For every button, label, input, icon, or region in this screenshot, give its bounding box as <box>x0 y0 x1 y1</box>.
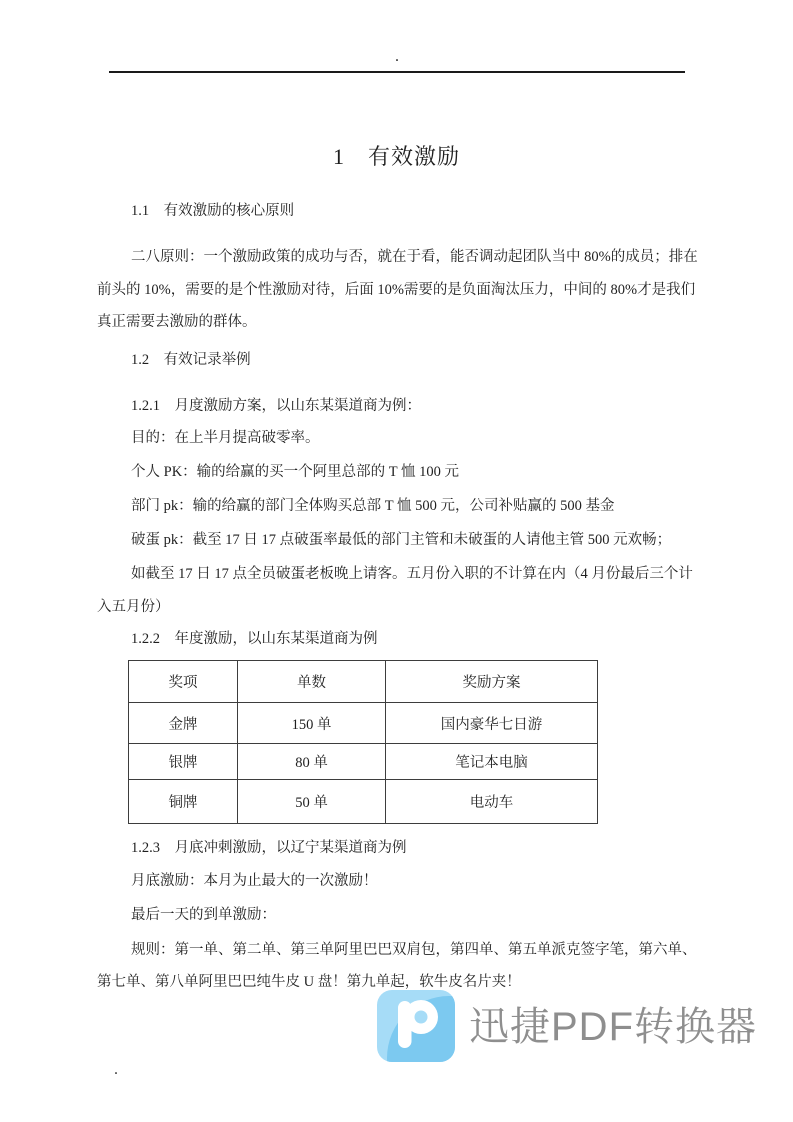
column-header: 单数 <box>238 661 386 703</box>
table-row: 金牌 150 单 国内豪华七日游 <box>129 703 598 744</box>
sprint-incentive-line: 月底激励：本月为止最大的一次激励！ <box>131 872 378 891</box>
heading-1-2-3: 1.2.3 月底冲刺激励，以辽宁某渠道商为例 <box>131 839 407 858</box>
table-cell: 150 单 <box>238 703 386 744</box>
watermark-text: 迅捷PDF转换器 <box>469 995 757 1052</box>
heading-1-1: 1.1 有效激励的核心原则 <box>131 202 294 221</box>
monthly-incentive-line: 如截至 17 日 17 点全员破蛋老板晚上请客。五月份入职的不计算在内（4 月份… <box>131 565 693 584</box>
heading-1-2-1: 1.2.1 月度激励方案，以山东某渠道商为例： <box>131 397 421 416</box>
table-row: 铜牌 50 单 电动车 <box>129 780 598 824</box>
heading-1-2-2: 1.2.2 年度激励，以山东某渠道商为例 <box>131 630 378 649</box>
page-title: 1 有效激励 <box>0 140 793 171</box>
document-page: . 1 有效激励 1.1 有效激励的核心原则 二八原则：一个激励政策的成功与否，… <box>0 0 793 1122</box>
reward-table: 奖项 单数 奖励方案 金牌 150 单 国内豪华七日游 银牌 80 单 笔记本电… <box>128 660 598 824</box>
monthly-incentive-line: 目的：在上半月提高破零率。 <box>131 429 320 448</box>
monthly-incentive-line: 破蛋 pk：截至 17 日 17 点破蛋率最低的部门主管和未破蛋的人请他主管 5… <box>131 531 671 550</box>
core-principle-line: 前头的 10%，需要的是个性激励对待，后面 10%需要的是负面淘汰压力，中间的 … <box>97 281 695 300</box>
table-cell: 电动车 <box>386 780 598 824</box>
table-cell: 金牌 <box>129 703 238 744</box>
column-header: 奖励方案 <box>386 661 598 703</box>
core-principle-line: 真正需要去激励的群体。 <box>97 313 257 332</box>
footer-dot: . <box>114 1061 118 1079</box>
core-principle-line: 二八原则：一个激励政策的成功与否，就在于看，能否调动起团队当中 80%的成员；排… <box>131 248 698 267</box>
table-cell: 国内豪华七日游 <box>386 703 598 744</box>
watermark: 迅捷PDF转换器 <box>377 990 757 1062</box>
monthly-incentive-line: 入五月份） <box>97 598 170 617</box>
table-cell: 铜牌 <box>129 780 238 824</box>
table-row: 银牌 80 单 笔记本电脑 <box>129 744 598 780</box>
sprint-incentive-line: 规则：第一单、第二单、第三单阿里巴巴双肩包，第四单、第五单派克签字笔，第六单、 <box>131 941 697 960</box>
column-header: 奖项 <box>129 661 238 703</box>
heading-1-2: 1.2 有效记录举例 <box>131 351 251 370</box>
table-cell: 笔记本电脑 <box>386 744 598 780</box>
monthly-incentive-line: 个人 PK：输的给赢的买一个阿里总部的 T 恤 100 元 <box>131 463 459 482</box>
table-cell: 50 单 <box>238 780 386 824</box>
table-cell: 银牌 <box>129 744 238 780</box>
header-rule <box>109 71 685 73</box>
pdf-converter-logo-icon <box>377 990 455 1062</box>
header-dot: . <box>395 48 399 66</box>
table-header-row: 奖项 单数 奖励方案 <box>129 661 598 703</box>
table-cell: 80 单 <box>238 744 386 780</box>
monthly-incentive-line: 部门 pk：输的给赢的部门全体购买总部 T 恤 500 元，公司补贴赢的 500… <box>131 497 614 516</box>
letter-p-icon <box>377 990 455 1062</box>
sprint-incentive-line: 最后一天的到单激励： <box>131 906 276 925</box>
